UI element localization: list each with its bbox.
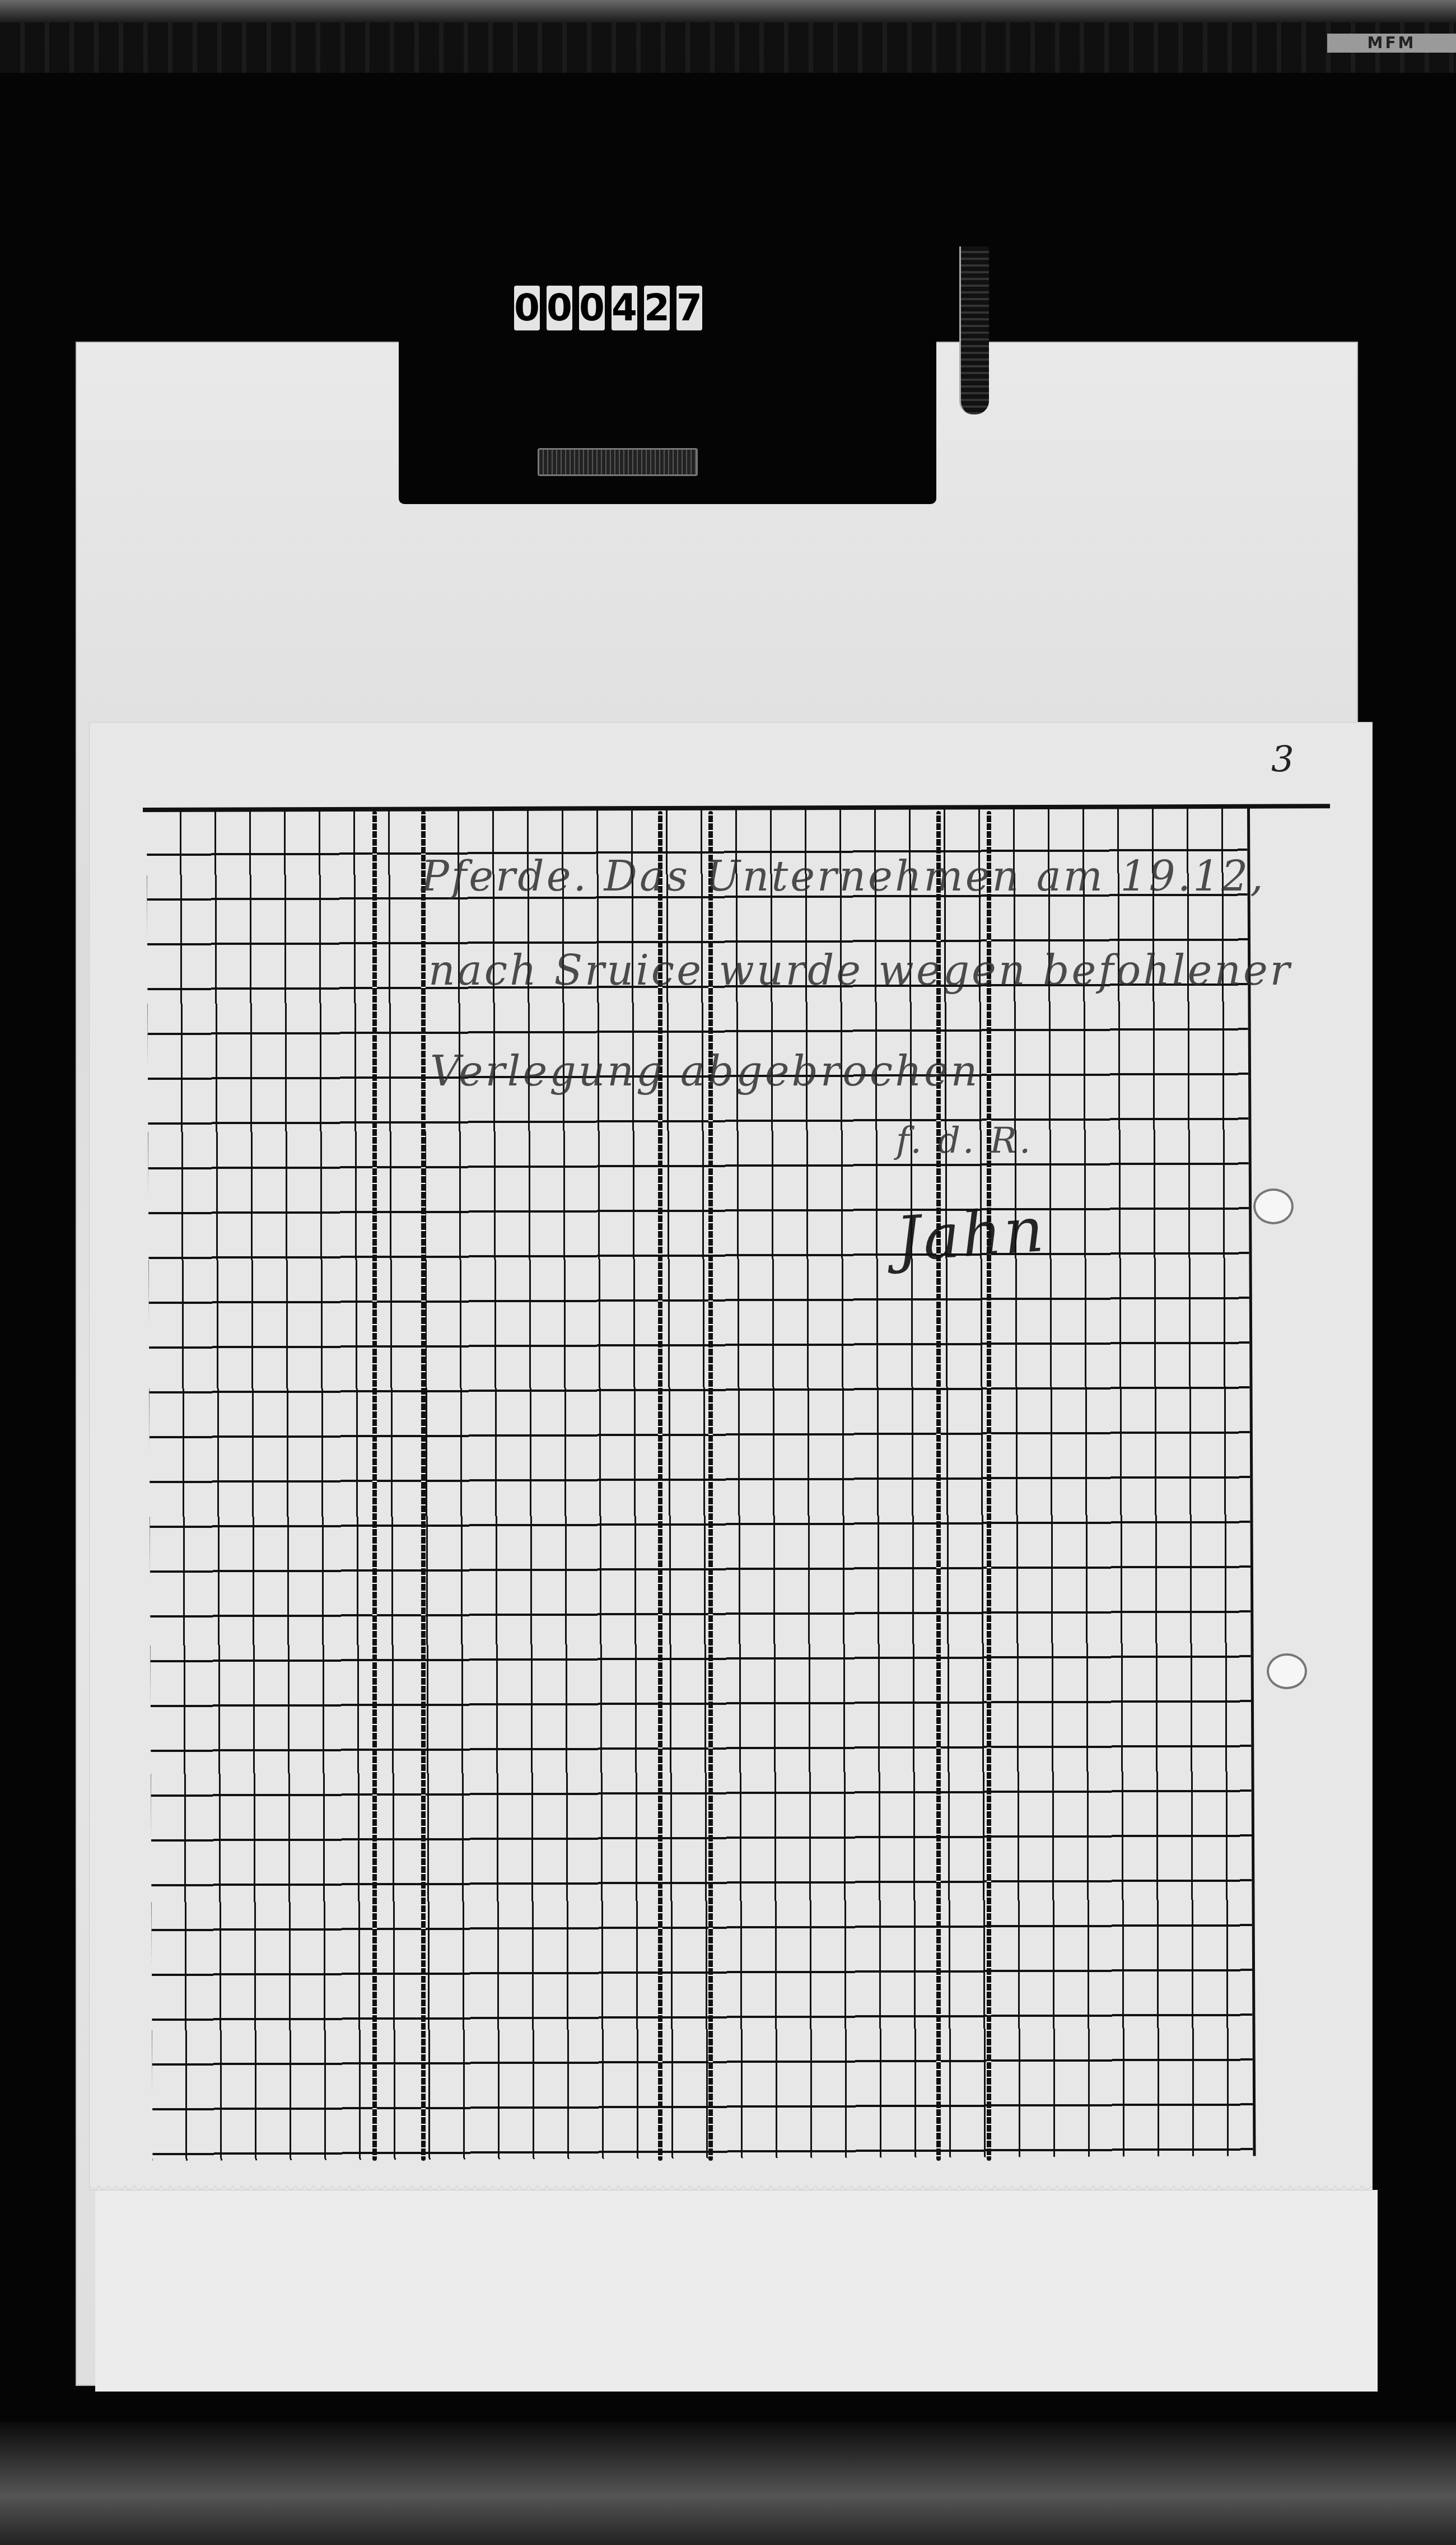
- counter-label-plate: [538, 448, 698, 476]
- handwritten-line: Verlegung abgebrochen: [430, 1047, 979, 1096]
- backing-sheet-lower: [95, 2190, 1378, 2392]
- signature: Jahn: [894, 1194, 1048, 1275]
- handwritten-line: nach Sruice wurde wegen befohlener: [428, 947, 1292, 995]
- counter-digit: 0: [547, 286, 572, 330]
- frame-counter: 0 0 0 4 2 7: [514, 286, 702, 330]
- film-label: MFM: [1327, 34, 1456, 53]
- counter-knob: [959, 246, 989, 414]
- counter-digit: 4: [612, 286, 637, 330]
- perforation-divider: [987, 811, 991, 2161]
- handwritten-line: Pferde. Das Unternehmen am 19.12,: [421, 852, 1266, 901]
- counter-digit: 2: [644, 286, 670, 330]
- punch-hole: [1253, 1188, 1294, 1224]
- counter-digit: 7: [676, 286, 702, 330]
- film-bottom-edge: [0, 2422, 1456, 2545]
- perforation-divider: [708, 811, 713, 2161]
- perforation-divider: [936, 811, 941, 2161]
- perforation-divider: [372, 811, 377, 2161]
- punch-hole: [1267, 1653, 1307, 1689]
- perforation-divider: [658, 811, 662, 2161]
- film-top-strip: [0, 22, 1456, 73]
- attestation-note: f. d. R.: [896, 1120, 1033, 1162]
- counter-digit: 0: [514, 286, 540, 330]
- ruled-grid: [147, 806, 1256, 2161]
- page-mark: 3: [1271, 739, 1294, 781]
- counter-digit: 0: [579, 286, 605, 330]
- perforation-divider: [421, 811, 426, 2161]
- film-top-edge: [0, 0, 1456, 22]
